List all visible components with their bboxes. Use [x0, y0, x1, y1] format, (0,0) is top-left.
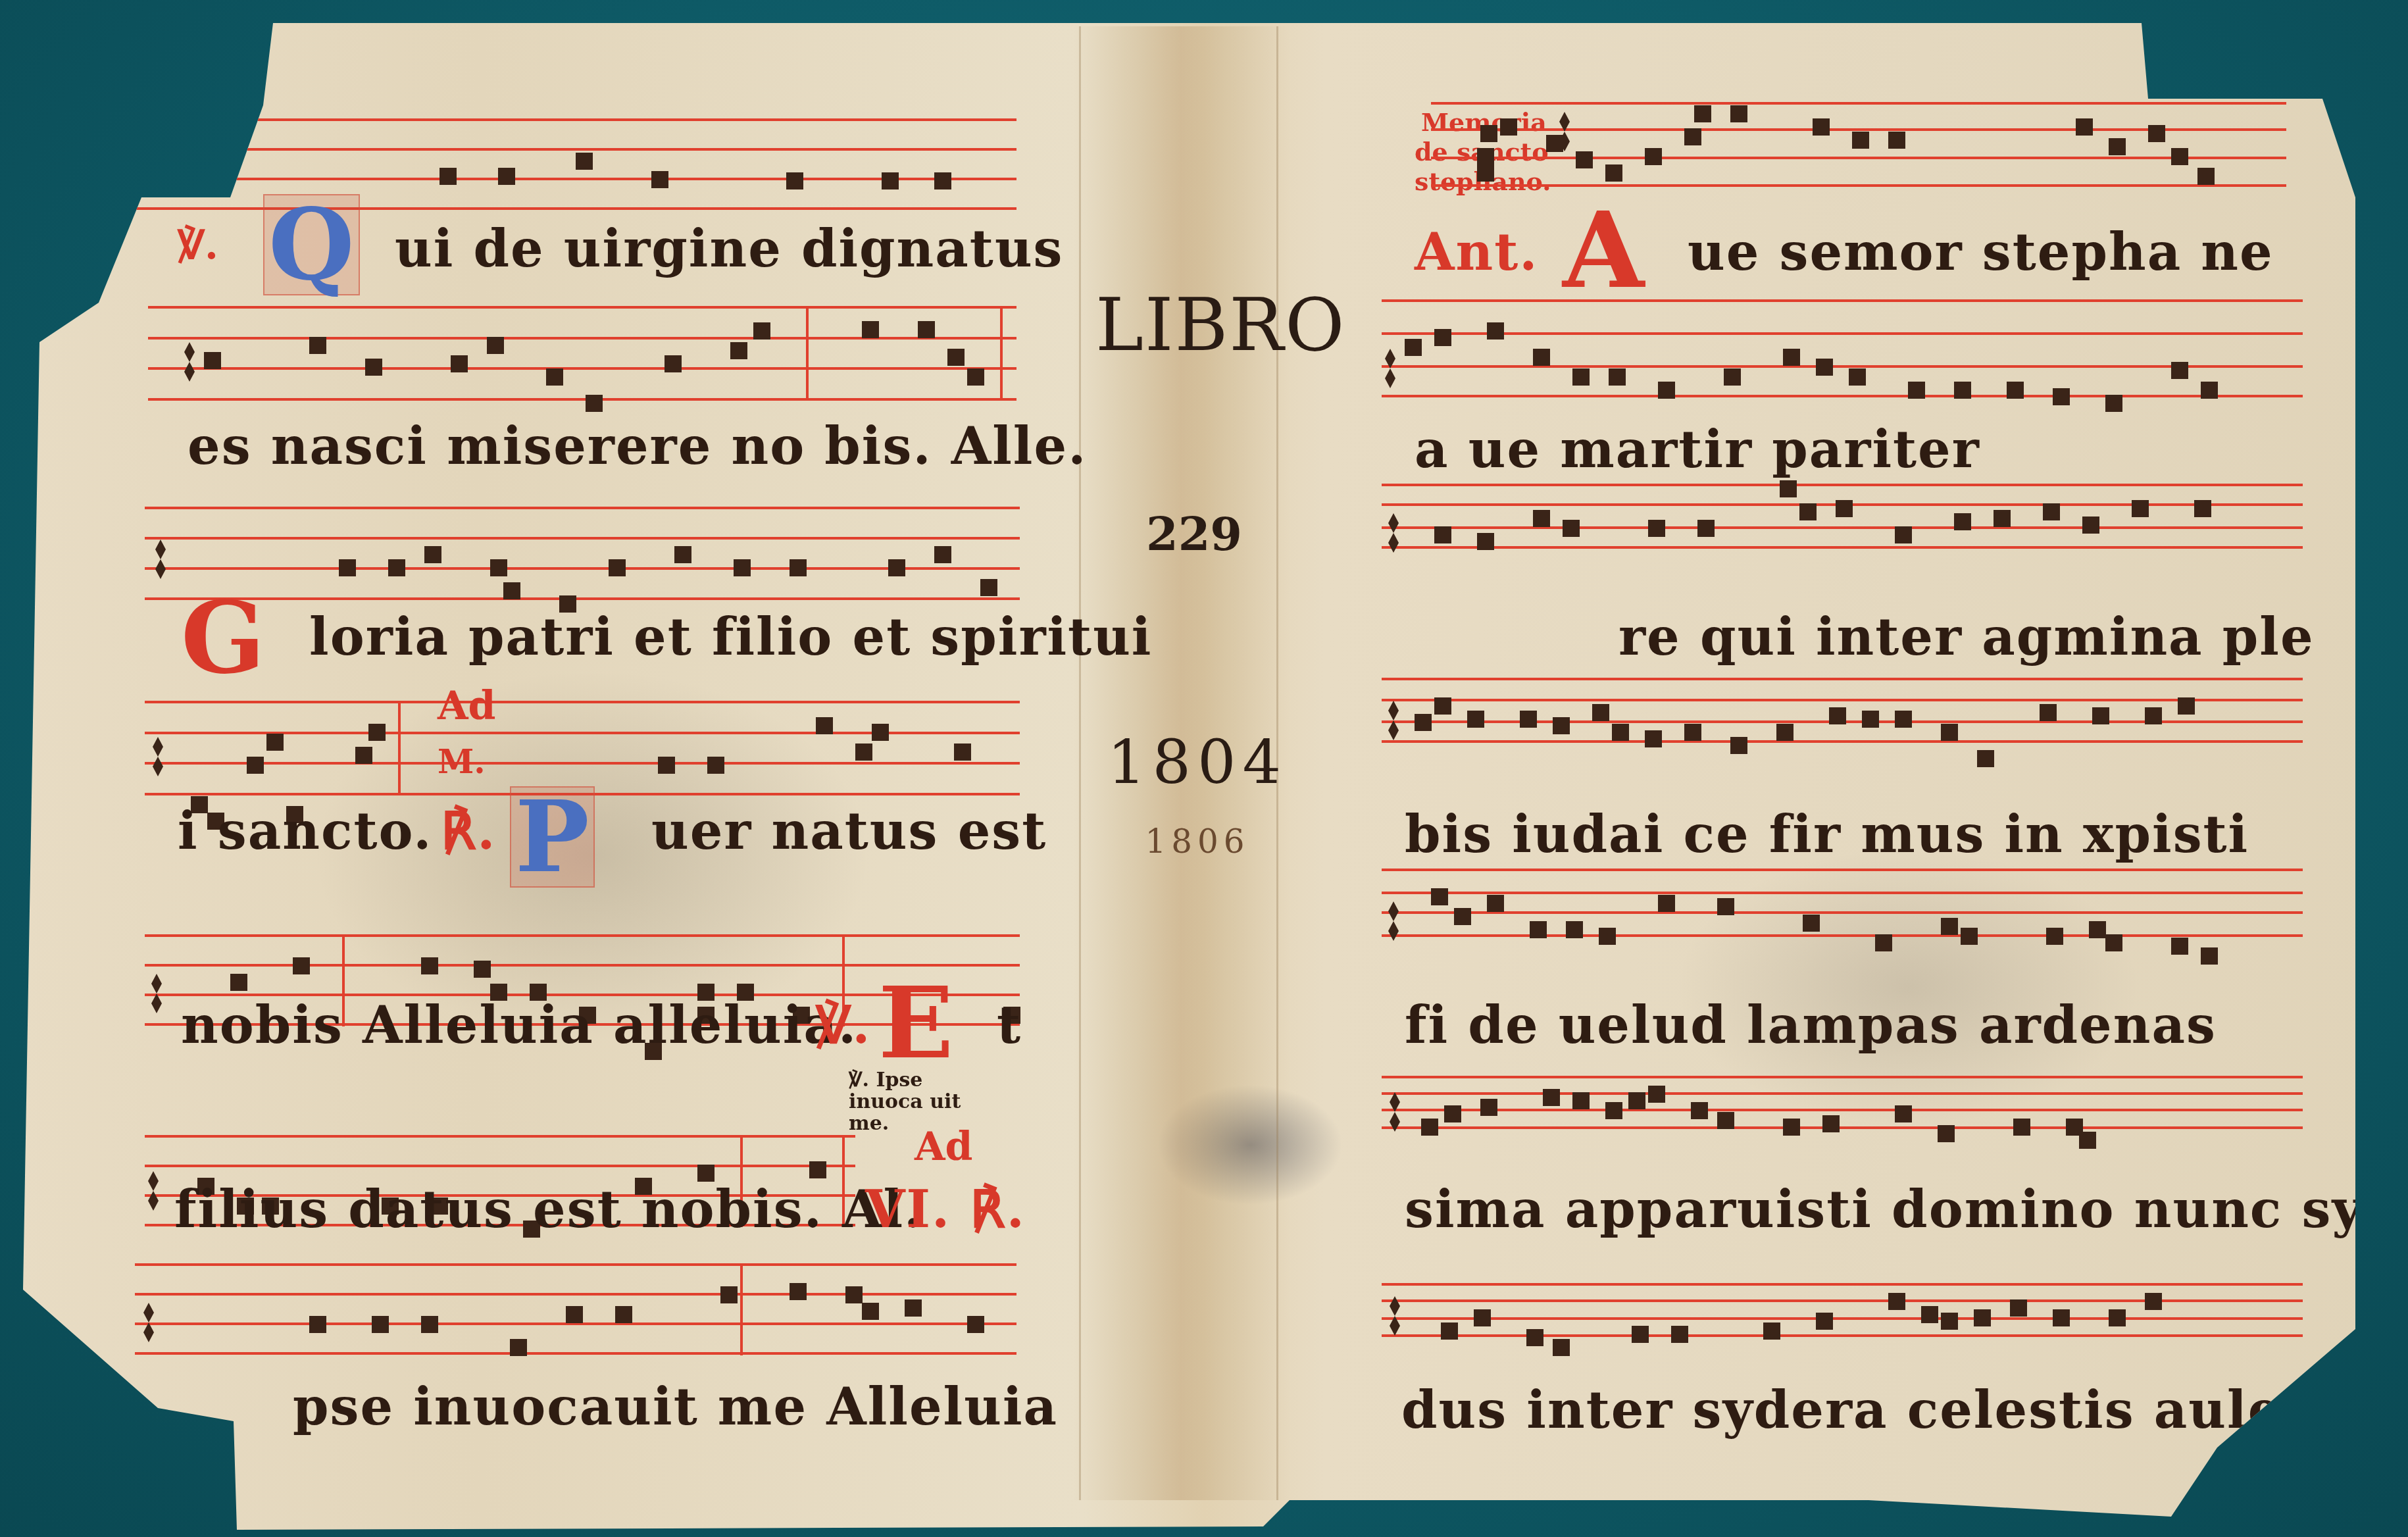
spine-title: LIBRO [1095, 283, 1293, 367]
chant-text-line: bis iudai ce fir mus in xpisti [1405, 809, 2249, 861]
chant-text-line: fi de uelud lampas ardenas [1405, 1000, 2217, 1051]
chant-text-line: a ue martir pariter [1415, 424, 1980, 476]
chant-text-line: es nasci miserere no bis. Alle. [188, 421, 1087, 472]
c-clef-icon [184, 342, 195, 382]
initial-g-red: G [181, 589, 265, 688]
responsory-mark: VI. ℟. [865, 1184, 1026, 1236]
c-clef-icon [1390, 1092, 1400, 1132]
spine-fold-left [1079, 26, 1081, 1500]
chant-text-line: i sancto. [178, 806, 432, 857]
c-clef-icon [155, 540, 166, 579]
c-clef-icon [1390, 1296, 1400, 1336]
chant-text-line: re qui inter agmina ple [1618, 612, 2315, 663]
spine-year: 1804 [1099, 727, 1296, 797]
chant-text-line: t [997, 1000, 1022, 1051]
spine-number: 229 [1105, 507, 1283, 561]
chant-text-line: filius datus est nobis. Al. [174, 1184, 923, 1236]
initial-p-blue: P [510, 786, 595, 888]
chant-text-line: pse inuocauit me Alleluia [293, 1382, 1058, 1433]
margin-rubric: M. [438, 743, 486, 780]
c-clef-icon [1385, 349, 1395, 388]
responsory-mark: ℟. [441, 806, 497, 857]
chant-text-line: ui de uirgine dignatus [395, 224, 1064, 275]
chant-text-line: loria patri et filio et spiritui [309, 612, 1153, 663]
margin-rubric: Ad [915, 1125, 973, 1169]
antiphon-rubric: Ant. [1415, 227, 1538, 278]
c-clef-icon [148, 1171, 159, 1211]
chant-text-line: nobis Alleluia alleluia. [181, 1000, 857, 1051]
initial-q-blue: Q [263, 194, 360, 295]
versicle-mark: ℣. [816, 1000, 872, 1051]
versicle-mark: ℣. [178, 224, 218, 267]
parchment-leaf: LIBRO 229 1804 1806 ℣. Q ui de uirgine d… [0, 0, 2408, 1537]
c-clef-icon [153, 737, 163, 776]
margin-rubric: Ad [438, 684, 496, 728]
chant-text-line: sima apparuisti domino nunc sy [1405, 1184, 2363, 1236]
initial-a-red: A [1563, 197, 1644, 303]
chant-text-line: ue semor stepha ne [1688, 227, 2274, 278]
spine-year-secondary: 1806 [1122, 822, 1273, 861]
initial-e-red: E [878, 974, 953, 1072]
chant-text-line: uer natus est [651, 806, 1047, 857]
chant-text-line: dus inter sydera celestis aule [1401, 1385, 2282, 1436]
